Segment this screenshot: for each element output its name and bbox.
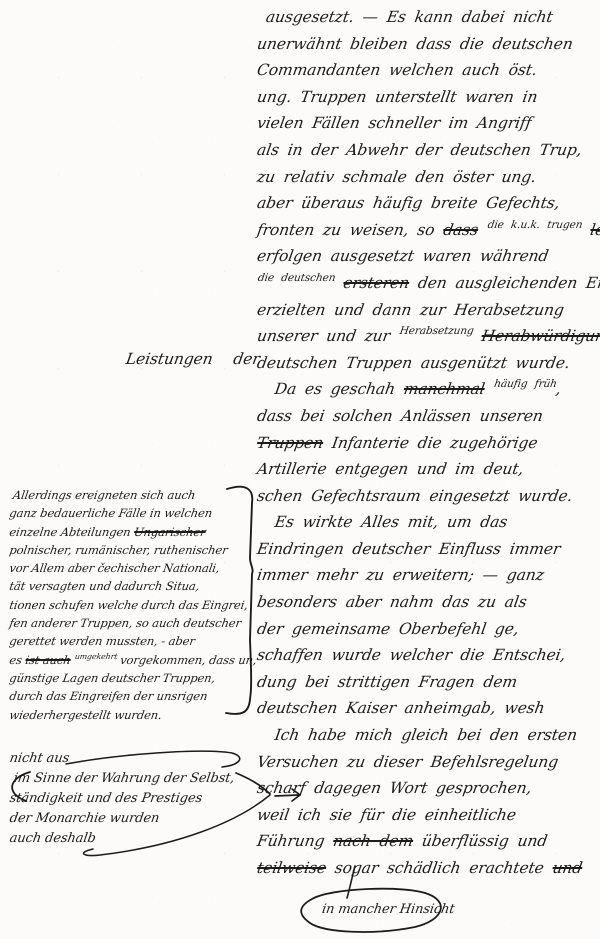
- handwritten-line: polnischer, rumänischer, ruthenischer: [8, 541, 257, 559]
- handwritten-line: Da es geschah manchmal häufig früh,: [255, 376, 600, 403]
- inserted-text: umgekehrt: [74, 652, 118, 661]
- handwritten-line: Es wirkte Alles mit, um das: [255, 509, 600, 536]
- struck-text: Herabwürdigung: [480, 327, 600, 345]
- handwritten-line: tät versagten und dadurch Situa,: [8, 577, 257, 595]
- handwritten-line: fronten zu weisen, so dass die k.u.k. tr…: [255, 217, 600, 244]
- handwritten-line: fen anderer Truppen, so auch deutscher: [8, 614, 257, 632]
- handwritten-line: Commandanten welchen auch öst.: [255, 57, 600, 84]
- handwritten-line: unserer und zur Herabsetzung Herabwürdig…: [255, 323, 600, 350]
- handwritten-line: Eindringen deutscher Einfluss immer: [255, 536, 600, 563]
- inserted-text: die deutschen: [257, 272, 336, 284]
- bottom-left-note: nicht aus im Sinne der Wahrung der Selbs…: [8, 749, 308, 849]
- struck-text: und: [551, 859, 583, 877]
- handwritten-line: zu relativ schmale den öster ung.: [255, 164, 600, 191]
- handwritten-line: Truppen Infanterie die zugehörige: [255, 430, 600, 457]
- handwritten-line: auch deshalb: [8, 829, 311, 849]
- struck-text: dass: [442, 221, 480, 239]
- handwritten-line: vielen Fällen schneller im Angriff: [255, 110, 600, 137]
- handwritten-line: wiederhergestellt wurden.: [8, 706, 257, 724]
- handwritten-line: teilweise sogar schädlich erachtete und: [255, 855, 600, 882]
- handwritten-line: deutschen Kaiser anheimgab, wesh: [255, 695, 600, 722]
- struck-text: Truppen: [256, 434, 325, 452]
- handwritten-line: deutschen Truppen ausgenützt wurde.: [255, 350, 600, 377]
- handwritten-line: im Sinne der Wahrung der Selbst,: [8, 769, 311, 789]
- handwritten-line: gerettet werden mussten, - aber: [8, 632, 257, 650]
- manuscript-page: ausgesetzt. — Es kann dabei nichtunerwäh…: [0, 0, 600, 939]
- handwritten-line: der Monarchie wurden: [8, 809, 311, 829]
- handwritten-line: die deutschen ersteren den ausgleichende…: [255, 270, 600, 297]
- inserted-text: häufig früh: [493, 378, 558, 390]
- handwritten-line: ausgesetzt. — Es kann dabei nicht: [255, 4, 600, 31]
- handwritten-line: besonders aber nahm das zu als: [255, 589, 600, 616]
- handwritten-line: unerwähnt bleiben dass die deutschen: [255, 31, 600, 58]
- handwritten-line: dass bei solchen Anlässen unseren: [255, 403, 600, 430]
- handwritten-line: immer mehr zu erweitern; — ganz: [255, 562, 600, 589]
- struck-text: nach dem: [332, 832, 415, 850]
- heading-note: Leistungen der: [125, 350, 262, 368]
- handwritten-line: nicht aus: [8, 749, 311, 769]
- circled-phrase: in mancher Hinsicht: [321, 902, 456, 917]
- handwritten-line: Artillerie entgegen und im deut,: [255, 456, 600, 483]
- handwritten-line: vor Allem aber čechischer Nationali,: [8, 559, 257, 577]
- handwritten-line: ganz bedauerliche Fälle in welchen: [8, 504, 257, 522]
- handwritten-line: günstige Lagen deutscher Truppen,: [8, 669, 257, 687]
- handwritten-line: tionen schufen welche durch das Eingrei,: [8, 596, 257, 614]
- handwritten-line: Ich habe mich gleich bei den ersten: [255, 722, 600, 749]
- handwritten-line: durch das Eingreifen der unsrigen: [8, 687, 257, 705]
- struck-text: manchmal: [403, 380, 487, 398]
- handwritten-line: ung. Truppen unterstellt waren in: [255, 84, 600, 111]
- inserted-text: die k.u.k. trugen: [487, 219, 584, 231]
- inserted-text: Herabsetzung: [399, 325, 475, 337]
- handwritten-line: schaffen wurde welcher die Entschei,: [255, 642, 600, 669]
- struck-text: teilweise: [256, 859, 328, 877]
- handwritten-line: es ist auch umgekehrt vorgekommen, dass …: [8, 651, 257, 669]
- handwritten-line: erfolgen ausgesetzt waren während: [255, 243, 600, 270]
- handwritten-line: erzielten und dann zur Herabsetzung: [255, 297, 600, 324]
- handwritten-line: dung bei strittigen Fragen dem: [255, 669, 600, 696]
- handwritten-line: Allerdings ereigneten sich auch: [8, 486, 257, 504]
- handwritten-line: der gemeinsame Oberbefehl ge,: [255, 616, 600, 643]
- struck-text: Ungarischer: [133, 525, 207, 539]
- struck-text: ersteren: [342, 274, 411, 292]
- struck-text: ist auch: [24, 653, 71, 667]
- handwritten-line: einzelne Abteilungen Ungarischer: [8, 523, 257, 541]
- handwritten-line: als in der Abwehr der deutschen Trup,: [255, 137, 600, 164]
- margin-note-block: Allerdings ereigneten sich auchganz beda…: [8, 486, 254, 724]
- handwritten-line: aber überaus häufig breite Gefechts,: [255, 190, 600, 217]
- struck-text: letztere: [589, 221, 600, 239]
- handwritten-line: schen Gefechtsraum eingesetzt wurde.: [255, 483, 600, 510]
- handwritten-line: ständigkeit und des Prestiges: [8, 789, 311, 809]
